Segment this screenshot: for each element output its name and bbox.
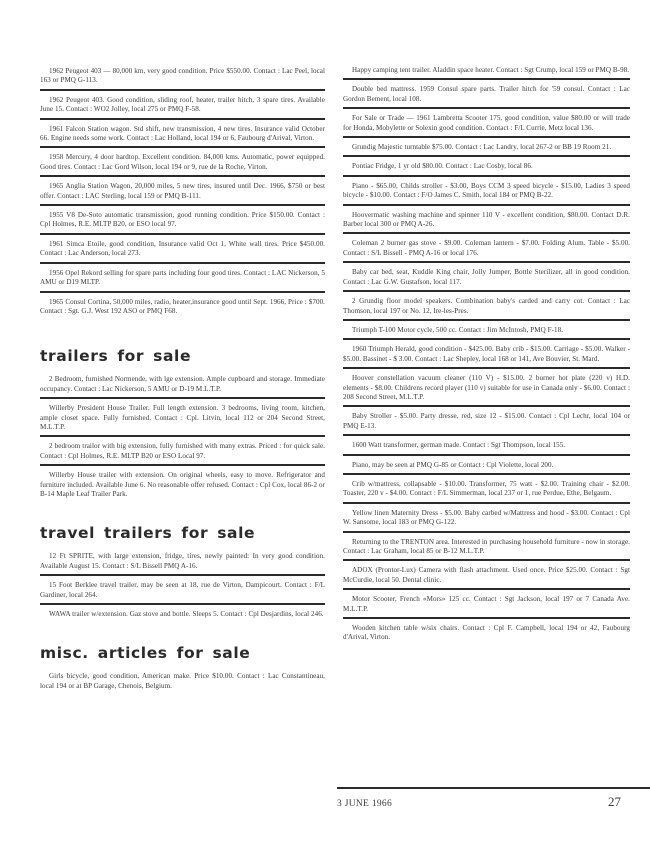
classified-ad: 2 Grundig floor model speakers. Combinat… <box>343 295 630 321</box>
classified-ad: Wooden kitchen table w/six chairs. Conta… <box>343 622 630 646</box>
classified-ad: For Sale or Trade — 1961 Lambretta Scoot… <box>343 112 630 138</box>
classified-ad: Piano, may be seen at PMQ G-85 or Contac… <box>343 459 630 475</box>
classified-ad: Pontiac Fridge, 1 yr old $80.00. Contact… <box>343 160 630 176</box>
section-heading-trailers: trailers for sale <box>40 347 325 365</box>
classified-ad: Happy camping tent trailer. Aladdin spac… <box>343 64 630 80</box>
classified-ad: Piano - $65.00, Childs stroller - $3.00,… <box>343 180 630 206</box>
page-number: 27 <box>608 794 621 810</box>
classified-ad: Triumph T-100 Motor cycle, 500 cc. Conta… <box>343 324 630 340</box>
classified-ad: 1958 Mercury, 4 door hardtop. Excellent … <box>40 151 325 177</box>
classified-ad: 1955 V8 De-Soto automatic transmission, … <box>40 209 325 235</box>
footer-divider <box>337 787 650 789</box>
classified-ad: 1962 Peugeot 403 — 80,000 km, very good … <box>40 65 325 91</box>
section-heading-misc-articles: misc. articles for sale <box>40 644 325 662</box>
classified-ad: Girls bicycle, good condition, American … <box>40 670 325 694</box>
classified-ad: Coleman 2 burner gas stove - $9.00. Cole… <box>343 237 630 263</box>
classified-ad: WAWA trailer w/extension. Gaz stove and … <box>40 608 325 622</box>
classified-ad: 1961 Simca Etoile, good condition, Insur… <box>40 238 325 264</box>
classified-ad: ADOX (Prontor-Lux) Camera with flash att… <box>343 564 630 590</box>
classified-ad: 12 Ft SPRITE, with large extension, frid… <box>40 550 325 576</box>
issue-date: 3 JUNE 1966 <box>337 799 392 809</box>
left-column: 1962 Peugeot 403 — 80,000 km, very good … <box>40 65 325 697</box>
classified-ad: Willerby President House Trailer. Full l… <box>40 402 325 437</box>
classified-ad: 1600 Watt transformer, german made. Cont… <box>343 439 630 455</box>
classified-ad: 1965 Consul Cortina, 50,000 miles, radio… <box>40 296 325 320</box>
classified-ad: Double bed mattress. 1959 Consul spare p… <box>343 83 630 109</box>
classified-ad: 1956 Opel Rekord selling for spare parts… <box>40 267 325 293</box>
classified-ad: 2 Bedroom, furnished Normende, with lge … <box>40 373 325 399</box>
classified-ad: Hoovermatic washing machine and spinner … <box>343 209 630 235</box>
classified-ad: Motor Scooter, French «Mors» 125 cc. Con… <box>343 593 630 619</box>
classified-ad: Hoover constellation vacuum cleaner (110… <box>343 372 630 407</box>
classified-ad: 1960 Triumph Herald, good condition - $4… <box>343 343 630 369</box>
classified-ad: Baby Stroller - $5.00. Party dresse, red… <box>343 410 630 436</box>
classified-ad: 1961 Falcon Station wagon. Std shift, ne… <box>40 123 325 149</box>
right-column: Happy camping tent trailer. Aladdin spac… <box>343 64 630 649</box>
classified-ad: Yellow linen Maternity Dress - $5.00. Ba… <box>343 507 630 533</box>
classified-ad: 15 Foot Berklee travel trailer, may be s… <box>40 579 325 605</box>
classified-ad: Grundig Majestic turntable $75.00. Conta… <box>343 141 630 157</box>
classified-ad: 1962 Peugeot 403. Good condition, slidin… <box>40 94 325 120</box>
classified-ad: 1965 Anglia Station Wagon, 20,000 miles,… <box>40 180 325 206</box>
classified-ad: Crib w/mattress, collapsable - $10.00. T… <box>343 478 630 504</box>
section-heading-travel-trailers: travel trailers for sale <box>40 524 325 542</box>
classified-ad: 2 bedroom trailor with big extension, fu… <box>40 440 325 466</box>
classified-ad: Baby car bed, seat, Kuddle King chair, J… <box>343 266 630 292</box>
classified-ad: Returning to the TRENTON area. Intereste… <box>343 536 630 562</box>
classified-ad: Willerby House trailer with extension. O… <box>40 469 325 502</box>
